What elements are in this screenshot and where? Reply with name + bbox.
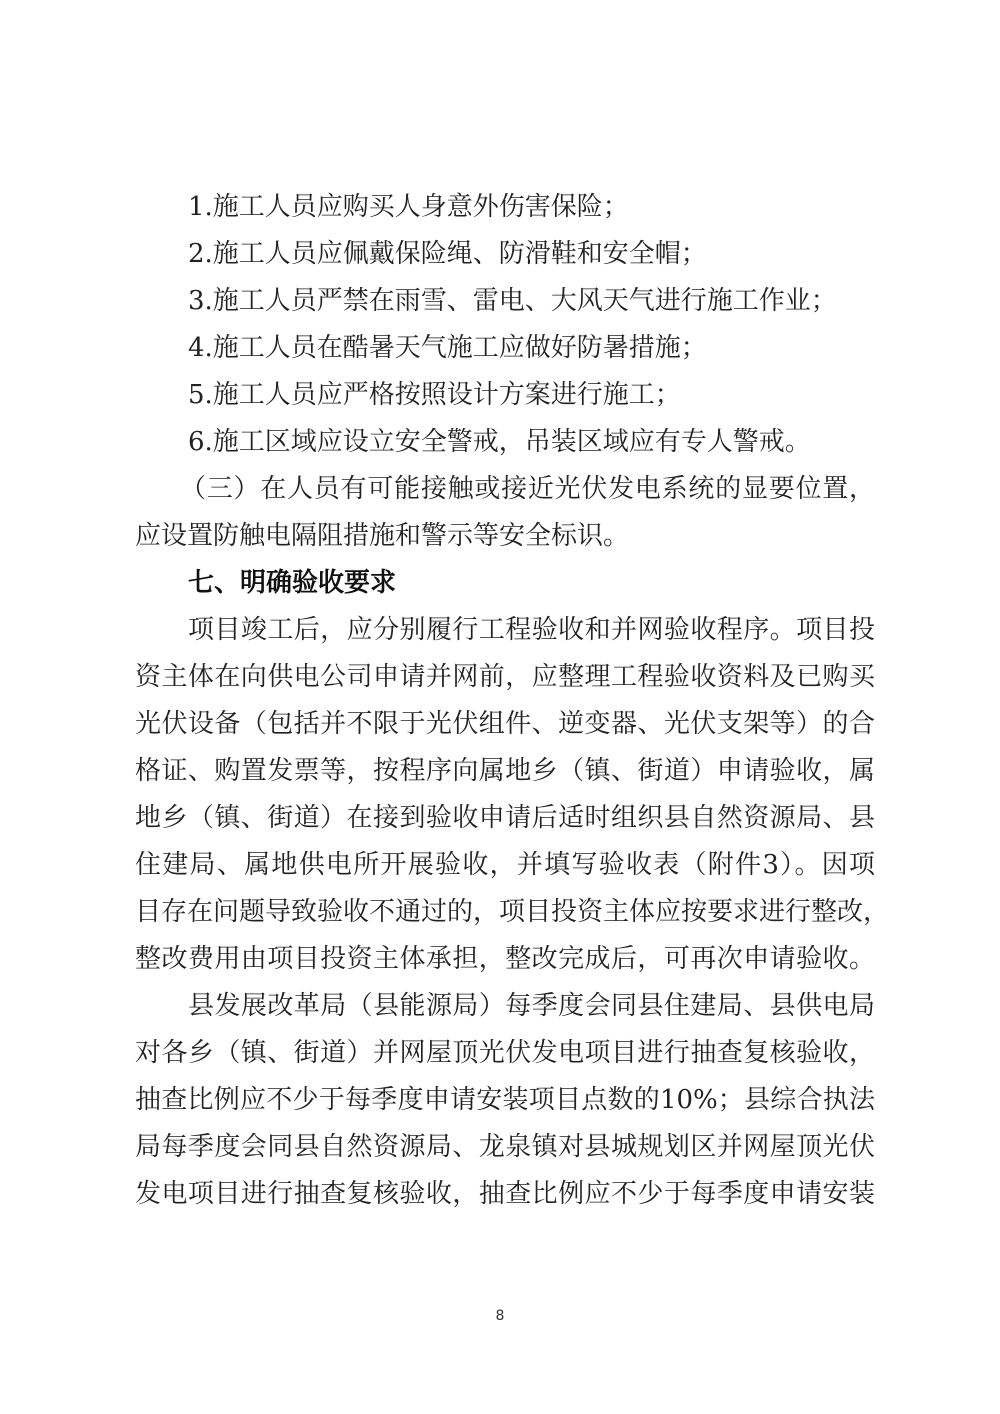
document-page: 1.施工人员应购买人身意外伤害保险； 2.施工人员应佩戴保险绳、防滑鞋和安全帽；… — [0, 0, 1000, 1414]
paragraph-2-line-3: 抽查比例应不少于每季度申请安装项目点数的10%；县综合执法 — [135, 1085, 875, 1115]
paragraph-2-line-5: 发电项目进行抽查复核验收，抽查比例应不少于每季度申请安装 — [135, 1179, 875, 1209]
paragraph-1-line-6: 住建局、属地供电所开展验收，并填写验收表（附件3）。因项 — [135, 850, 875, 880]
list-item-3: 3.施工人员严禁在雨雪、雷电、大风天气进行施工作业； — [188, 286, 875, 316]
paragraph-1-line-7: 目存在问题导致验收不通过的，项目投资主体应按要求进行整改， — [135, 897, 875, 927]
list-item-4: 4.施工人员在酷暑天气施工应做好防暑措施； — [188, 333, 875, 363]
paragraph-2-line-4: 局每季度会同县自然资源局、龙泉镇对县城规划区并网屋顶光伏 — [135, 1132, 875, 1162]
clause-three-line-1: （三）在人员有可能接触或接近光伏发电系统的显要位置， — [180, 474, 875, 504]
clause-three-line-2: 应设置防触电隔阻措施和警示等安全标识。 — [135, 521, 875, 551]
paragraph-2-line-2: 对各乡（镇、街道）并网屋顶光伏发电项目进行抽查复核验收， — [135, 1038, 875, 1068]
list-item-5: 5.施工人员应严格按照设计方案进行施工； — [188, 380, 875, 410]
paragraph-1-line-2: 资主体在向供电公司申请并网前，应整理工程验收资料及已购买 — [135, 662, 875, 692]
paragraph-1-line-1: 项目竣工后，应分别履行工程验收和并网验收程序。项目投 — [188, 615, 875, 645]
list-item-6: 6.施工区域应设立安全警戒，吊装区域应有专人警戒。 — [188, 427, 875, 457]
paragraph-1-line-4: 格证、购置发票等，按程序向属地乡（镇、街道）申请验收，属 — [135, 756, 875, 786]
section-heading: 七、明确验收要求 — [188, 568, 875, 598]
list-item-1: 1.施工人员应购买人身意外伤害保险； — [188, 192, 875, 222]
page-number: 8 — [490, 1308, 510, 1324]
list-item-2: 2.施工人员应佩戴保险绳、防滑鞋和安全帽； — [188, 239, 875, 269]
paragraph-1-line-5: 地乡（镇、街道）在接到验收申请后适时组织县自然资源局、县 — [135, 803, 875, 833]
paragraph-1-line-8: 整改费用由项目投资主体承担，整改完成后，可再次申请验收。 — [135, 944, 875, 974]
paragraph-2-line-1: 县发展改革局（县能源局）每季度会同县住建局、县供电局 — [188, 991, 875, 1021]
paragraph-1-line-3: 光伏设备（包括并不限于光伏组件、逆变器、光伏支架等）的合 — [135, 709, 875, 739]
